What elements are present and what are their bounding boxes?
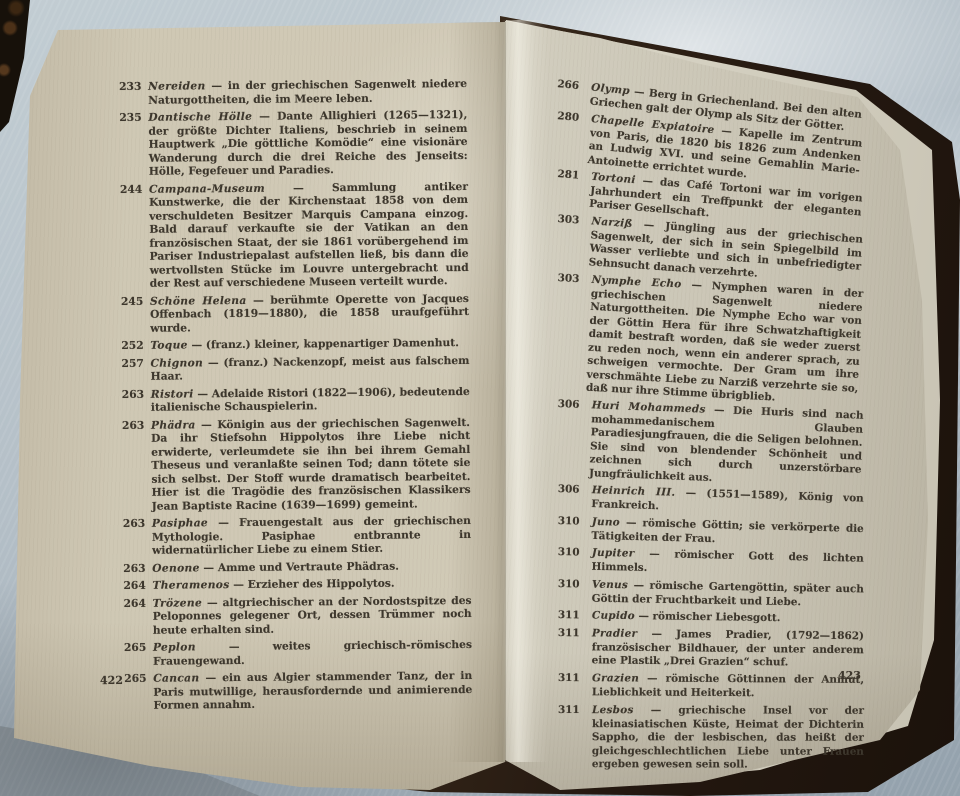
entry-page-ref: 310 bbox=[557, 515, 592, 543]
entry-definition: — römische Gartengöttin, später auch Göt… bbox=[592, 579, 864, 607]
entry-page-ref: 280 bbox=[553, 110, 592, 167]
entry-body: Oenone — Amme und Vertraute Phädras. bbox=[152, 558, 471, 574]
glossary-entry: 263 Phädra — Königin aus der griechische… bbox=[122, 415, 471, 513]
entry-body: Heinrich III. — (1551—1589), König von F… bbox=[591, 484, 864, 520]
entry-page-ref: 244 bbox=[120, 182, 150, 290]
entry-term: Grazien bbox=[592, 672, 639, 684]
entry-body: Cancan — ein aus Algier stammender Tanz,… bbox=[153, 669, 472, 712]
glossary-entry: 263 Ristori — Adelaide Ristori (1822—190… bbox=[122, 384, 470, 414]
book-photo: 233 Nereiden — in der griechischen Sagen… bbox=[0, 0, 960, 796]
entry-page-ref: 263 bbox=[122, 418, 152, 513]
entry-page-ref: 310 bbox=[558, 578, 592, 606]
entry-term: Phädra bbox=[151, 418, 196, 431]
glossary-entry: 311 Cupido — römischer Liebesgott. bbox=[558, 609, 864, 627]
entry-definition: — Amme und Vertraute Phädras. bbox=[203, 559, 399, 574]
entry-term: Peplon bbox=[153, 640, 196, 653]
entry-page-ref: 265 bbox=[124, 672, 153, 713]
entry-body: Trözene — altgriechischer an der Nordost… bbox=[153, 593, 472, 636]
entry-definition: — Erzieher des Hippolytos. bbox=[233, 577, 394, 591]
entry-body: Juno — römische Göttin; sie verkörperte … bbox=[591, 515, 864, 549]
glossary-entry: 311 Pradier — James Pradier, (1792—1862)… bbox=[558, 627, 864, 671]
glossary-entry: 235 Dantische Hölle — Dante Allighieri (… bbox=[119, 108, 468, 179]
entry-term: Venus bbox=[592, 578, 628, 591]
entry-term: Chignon bbox=[150, 356, 203, 369]
entry-definition: — römische Göttin; sie verkörperte die T… bbox=[591, 516, 864, 544]
glossary-entry: 311 Grazien — römische Göttinnen der Anm… bbox=[558, 672, 864, 701]
entry-body: Dantische Hölle — Dante Allighieri (1265… bbox=[148, 108, 468, 178]
entry-body: Toque — (franz.) kleiner, kappenartiger … bbox=[150, 336, 469, 352]
glossary-entry: 310 Juno — römische Göttin; sie verkörpe… bbox=[557, 515, 864, 550]
entry-page-ref: 257 bbox=[121, 356, 150, 383]
entry-term: Schöne Helena bbox=[150, 293, 247, 307]
glossary-entry: 252 Toque — (franz.) kleiner, kappenarti… bbox=[121, 336, 469, 353]
left-page-text: 233 Nereiden — in der griechischen Sagen… bbox=[119, 77, 473, 717]
glossary-entry: 233 Nereiden — in der griechischen Sagen… bbox=[119, 77, 467, 107]
entry-page-ref: 233 bbox=[119, 80, 148, 107]
entry-page-ref: 252 bbox=[121, 339, 150, 353]
entry-body: Nereiden — in der griechischen Sagenwelt… bbox=[148, 77, 467, 107]
entry-body: Schöne Helena — berühmte Operette von Ja… bbox=[150, 291, 469, 334]
entry-page-ref: 303 bbox=[554, 213, 592, 269]
page-number-right: 423 bbox=[838, 669, 861, 682]
glossary-entry: 310 Jupiter — römischer Gott des lichten… bbox=[557, 546, 864, 580]
entry-term: Cupido bbox=[592, 609, 635, 622]
entry-term: Toque bbox=[150, 338, 188, 351]
entry-page-ref: 245 bbox=[121, 294, 150, 335]
entry-term: Theramenos bbox=[152, 578, 229, 592]
entry-body: Venus — römische Gartengöttin, später au… bbox=[592, 578, 864, 610]
entry-page-ref: 306 bbox=[555, 398, 592, 480]
entry-term: Pradier bbox=[592, 627, 638, 639]
entry-definition: — Königin aus der griechischen Sagenwelt… bbox=[151, 415, 471, 512]
entry-page-ref: 263 bbox=[122, 387, 151, 414]
entry-term: Cancan bbox=[153, 671, 199, 684]
entry-page-ref: 311 bbox=[558, 609, 592, 623]
entry-term: Lesbos bbox=[592, 704, 634, 716]
entry-term: Trözene bbox=[153, 596, 203, 609]
entry-page-ref: 281 bbox=[555, 168, 592, 211]
entry-definition: — weites griechisch-römisches Frauengewa… bbox=[153, 638, 472, 667]
entry-body: Jupiter — römischer Gott des lichten Him… bbox=[591, 547, 864, 580]
entry-page-ref: 235 bbox=[119, 111, 149, 179]
entry-page-ref: 306 bbox=[557, 483, 592, 511]
glossary-entry: 265 Peplon — weites griechisch-römisches… bbox=[124, 638, 472, 668]
entry-term: Pasiphae bbox=[152, 516, 208, 529]
entry-page-ref: 265 bbox=[124, 641, 153, 668]
entry-page-ref: 311 bbox=[558, 627, 592, 668]
entry-page-ref: 266 bbox=[555, 78, 592, 108]
entry-body: Chignon — (franz.) Nackenzopf, meist aus… bbox=[150, 353, 469, 383]
entry-term: Ristori bbox=[151, 387, 194, 400]
entry-body: Ristori — Adelaide Ristori (1822—1906), … bbox=[151, 384, 470, 414]
entry-body: Pasiphae — Frauengestalt aus der griechi… bbox=[152, 514, 471, 557]
entry-body: Nymphe Echo — Nymphen waren in der griec… bbox=[586, 273, 864, 409]
entry-page-ref: 263 bbox=[123, 561, 152, 575]
entry-term: Oenone bbox=[152, 561, 200, 574]
entry-body: Pradier — James Pradier, (1792—1862) fra… bbox=[592, 627, 864, 670]
entry-definition: — römischer Liebesgott. bbox=[638, 610, 780, 624]
entry-definition: — Sammlung antiker Kunstwerke, die der K… bbox=[149, 179, 469, 289]
glossary-entry: 265 Cancan — ein aus Algier stammender T… bbox=[124, 669, 472, 713]
entry-page-ref: 311 bbox=[558, 672, 592, 699]
entry-body: Theramenos — Erzieher des Hippolytos. bbox=[152, 576, 471, 592]
entry-body: Peplon — weites griechisch-römisches Fra… bbox=[153, 638, 472, 668]
glossary-entry: 257 Chignon — (franz.) Nackenzopf, meist… bbox=[121, 353, 469, 383]
glossary-entry: 264 Theramenos — Erzieher des Hippolytos… bbox=[123, 576, 471, 593]
entry-definition: — Kapelle im Zentrum von Paris, die 1820… bbox=[587, 124, 863, 179]
entry-body: Campana-Museum — Sammlung antiker Kunstw… bbox=[149, 179, 469, 290]
entry-page-ref: 263 bbox=[123, 517, 152, 558]
entry-page-ref: 264 bbox=[124, 596, 153, 637]
entry-term: Campana-Museum bbox=[149, 181, 265, 195]
page-number-left: 422 bbox=[100, 674, 123, 687]
right-page-text: 266 Olymp — Berg in Griechenland. Bei de… bbox=[558, 78, 864, 776]
glossary-entry: 263 Pasiphae — Frauengestalt aus der gri… bbox=[123, 514, 471, 558]
entry-term: Dantische Hölle bbox=[148, 110, 252, 124]
entry-definition: — Die Huris sind nach mohammedanischem G… bbox=[589, 404, 864, 483]
glossary-entry: 310 Venus — römische Gartengöttin, späte… bbox=[558, 578, 864, 610]
glossary-entry: 244 Campana-Museum — Sammlung antiker Ku… bbox=[120, 179, 469, 290]
gutter-fold-highlight bbox=[502, 20, 548, 762]
entry-term: Heinrich III. bbox=[592, 484, 676, 499]
glossary-entry: 306 Huri Mohammeds — Die Huris sind nach… bbox=[555, 398, 864, 491]
entry-body: Lesbos — griechische Insel vor der klein… bbox=[592, 704, 864, 772]
entry-body: Phädra — Königin aus der griechischen Sa… bbox=[151, 415, 471, 512]
glossary-entry: 245 Schöne Helena — berühmte Operette vo… bbox=[121, 291, 469, 335]
entry-term: Narziß bbox=[591, 215, 633, 230]
entry-body: Huri Mohammeds — Die Huris sind nach moh… bbox=[589, 399, 864, 490]
entry-definition: — Nymphen waren in der griechischen Sage… bbox=[586, 279, 864, 404]
entry-term: Nereiden bbox=[148, 79, 206, 93]
glossary-entry: 311 Lesbos — griechische Insel vor der k… bbox=[558, 704, 864, 772]
glossary-entry: 264 Trözene — altgriechischer an der Nor… bbox=[124, 593, 472, 637]
entry-body: Cupido — römischer Liebesgott. bbox=[592, 609, 864, 626]
entry-definition: — (franz.) kleiner, kappenartiger Damenh… bbox=[191, 336, 459, 351]
entry-body: Grazien — römische Göttinnen der Anmut, … bbox=[592, 672, 864, 701]
glossary-entry: 263 Oenone — Amme und Vertraute Phädras. bbox=[123, 558, 471, 575]
entry-page-ref: 264 bbox=[123, 579, 152, 593]
entry-term: Jupiter bbox=[592, 547, 635, 560]
entry-definition: — ein aus Algier stammender Tanz, der in… bbox=[153, 669, 472, 712]
glossary-entry: 303 Nymphe Echo — Nymphen waren in der g… bbox=[552, 272, 864, 409]
entry-term: Juno bbox=[592, 515, 620, 528]
entry-page-ref: 310 bbox=[557, 546, 592, 574]
entry-definition: — Adelaide Ristori (1822—1906), bedeuten… bbox=[151, 384, 470, 413]
entry-page-ref: 311 bbox=[558, 704, 592, 772]
